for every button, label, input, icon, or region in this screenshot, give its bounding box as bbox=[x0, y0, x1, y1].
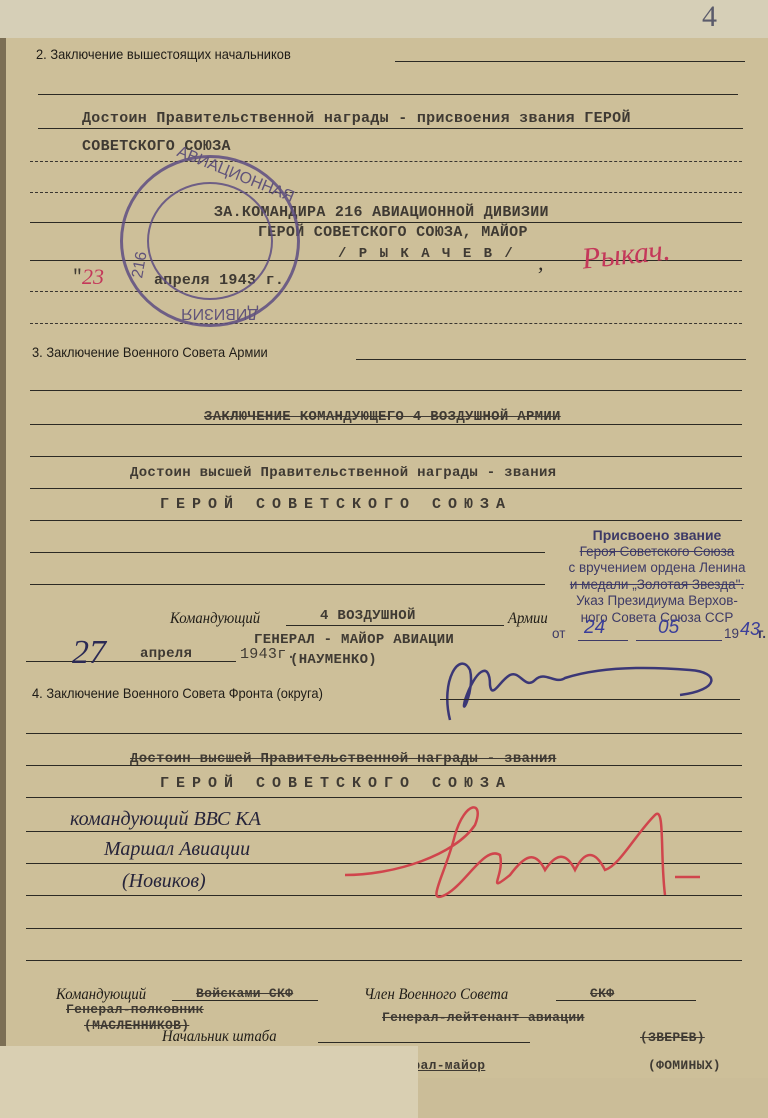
rule bbox=[26, 661, 236, 662]
footer-staff-label: Начальник штаба bbox=[162, 1028, 277, 1046]
rule bbox=[30, 584, 545, 585]
award-date-month: 05 bbox=[658, 620, 679, 637]
award-stamp-line5: ного Совета Союза ССР bbox=[548, 610, 766, 627]
division-seal-stamp: АВИАЦИОННАЯ 216 ДИВИЗИЯ bbox=[120, 155, 300, 327]
section4-text-line2: ГЕРОЙ СОВЕТСКОГО СОЮЗА bbox=[160, 775, 512, 792]
overlapping-paper-left bbox=[0, 1046, 418, 1118]
section4-hand-line2: Маршал Авиации bbox=[104, 838, 250, 861]
section3-army-label: Армии bbox=[508, 610, 548, 628]
rule bbox=[356, 359, 746, 360]
award-conferred-stamp: Присвоено звание Героя Советского Союза … bbox=[548, 527, 766, 646]
footer-council-name: (ЗВЕРЕВ) bbox=[640, 1030, 705, 1045]
seal-text-left: 216 bbox=[129, 250, 151, 279]
comma-mark: , bbox=[538, 250, 544, 276]
section2-text-line2: СОВЕТСКОГО СОЮЗА bbox=[82, 138, 231, 155]
section2-text-line1: Достоин Правительственной награды - прис… bbox=[82, 110, 631, 127]
footer-council-value: СКФ bbox=[590, 986, 614, 1001]
footer-council-label: Член Военного Совета bbox=[364, 986, 508, 1004]
rule bbox=[30, 323, 742, 324]
rule bbox=[440, 699, 740, 700]
section3-text-line2: Достоин высшей Правительственной награды… bbox=[130, 465, 556, 481]
rule bbox=[30, 456, 742, 457]
rule bbox=[30, 552, 545, 553]
section3-date-year: 1943г. bbox=[240, 646, 296, 663]
rule bbox=[26, 733, 742, 734]
section3-signature-mark bbox=[430, 640, 730, 740]
overlapping-paper-right bbox=[418, 1078, 768, 1118]
rule bbox=[556, 1000, 696, 1001]
section4-heading: 4. Заключение Военного Совета Фронта (ок… bbox=[32, 685, 323, 701]
award-date-day: 24 bbox=[584, 620, 605, 637]
footer-commander-rank: Генерал-полковник bbox=[66, 1002, 204, 1017]
section2-heading: 2. Заключение вышестоящих начальников bbox=[36, 46, 291, 62]
rule bbox=[318, 1042, 530, 1043]
page-edge bbox=[0, 38, 6, 1118]
rule bbox=[30, 390, 742, 391]
rule bbox=[26, 765, 742, 766]
rule bbox=[30, 488, 742, 489]
section3-text-line1: ЗАКЛЮЧЕНИЕ КОМАНДУЮЩЕГО 4 ВОЗДУШНОЙ АРМИ… bbox=[204, 409, 561, 425]
rule bbox=[395, 61, 745, 62]
award-stamp-line4: Указ Президиума Верхов- bbox=[548, 593, 766, 610]
award-date-prefix: от bbox=[552, 626, 565, 641]
award-stamp-line3: и медали „Золотая Звезда". bbox=[548, 577, 766, 594]
award-date-suffix: г. bbox=[758, 626, 766, 643]
rule bbox=[30, 161, 742, 162]
section3-heading: 3. Заключение Военного Совета Армии bbox=[32, 344, 268, 360]
rule bbox=[38, 94, 738, 95]
rule bbox=[38, 128, 743, 129]
section3-commander-label: Командующий bbox=[170, 610, 260, 628]
page-number: 4 bbox=[702, 0, 717, 34]
rule bbox=[30, 520, 742, 521]
section4-hand-line1: командующий ВВС КА bbox=[70, 808, 261, 831]
footer-council-rank: Генерал-лейтенант авиации bbox=[382, 1010, 585, 1025]
scan-margin-top bbox=[0, 0, 768, 40]
footer-commander-value: Войсками СКФ bbox=[196, 986, 293, 1001]
seal-inner-ring bbox=[147, 182, 273, 300]
section3-date-day: 27 bbox=[72, 634, 106, 672]
rule bbox=[26, 960, 742, 961]
section4-hand-line3: (Новиков) bbox=[122, 870, 206, 893]
rule bbox=[30, 424, 742, 425]
award-stamp-title: Присвоено звание bbox=[548, 527, 766, 544]
section3-date-month: апреля bbox=[140, 646, 192, 662]
seal-text-bottom: ДИВИЗИЯ bbox=[181, 304, 258, 322]
rule bbox=[26, 928, 742, 929]
rule bbox=[286, 625, 504, 626]
award-stamp-line1: Героя Советского Союза bbox=[548, 544, 766, 561]
section3-text-line3: ГЕРОЙ СОВЕТСКОГО СОЮЗА bbox=[160, 496, 512, 513]
section4-signature-mark bbox=[335, 795, 735, 915]
award-stamp-line2: с вручением ордена Ленина bbox=[548, 560, 766, 577]
section2-date-day: 23 bbox=[82, 264, 104, 290]
footer-staff-name: (ФОМИНЫХ) bbox=[648, 1058, 721, 1073]
section3-army-number: 4 ВОЗДУШНОЙ bbox=[320, 608, 416, 624]
section3-commander-name: (НАУМЕНКО) bbox=[290, 652, 377, 668]
